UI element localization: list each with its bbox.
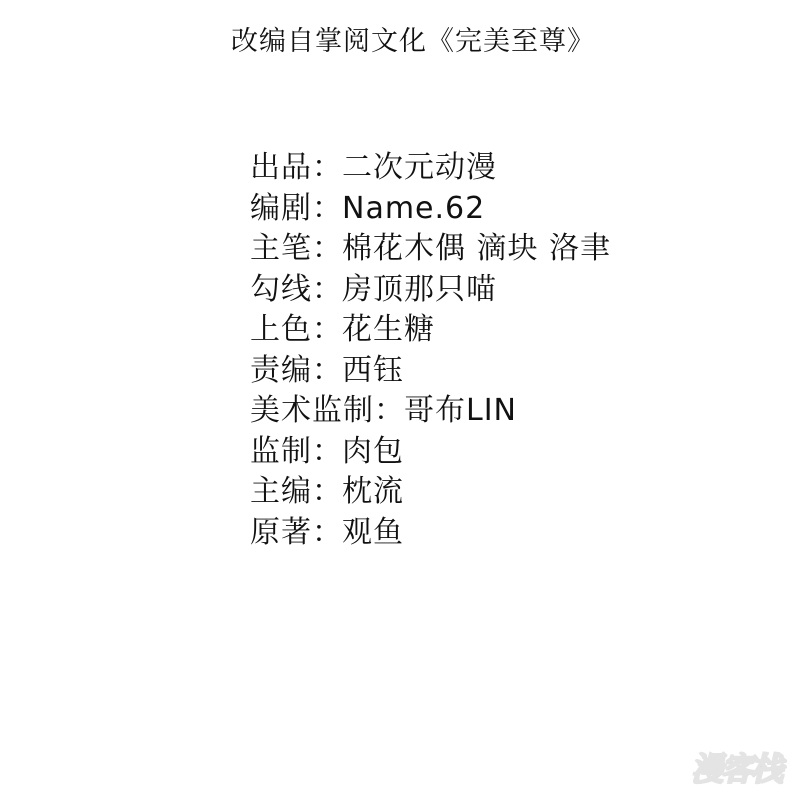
watermark-text: 漫客栈 [691, 744, 781, 790]
credit-label: 出品 [250, 150, 312, 185]
credits-list: 出品：二次元动漫 编剧：Name.62 主笔：棉花木偶 滴块 洛聿 勾线：房顶那… [250, 148, 611, 553]
credit-value: 观鱼 [342, 515, 404, 550]
credit-separator: ： [312, 472, 342, 513]
credit-separator: ： [312, 513, 342, 554]
credit-row-chief-editor: 主编：枕流 [250, 472, 611, 513]
credit-value: 西钰 [342, 353, 404, 388]
page-title: 改编自掌阅文化《完美至尊》 [0, 22, 800, 62]
credit-row-original-author: 原著：观鱼 [250, 513, 611, 554]
credit-separator: ： [312, 189, 342, 230]
credit-label: 原著 [250, 515, 312, 550]
credit-label: 监制 [250, 434, 312, 469]
credit-separator: ： [312, 310, 342, 351]
credit-row-screenwriter: 编剧：Name.62 [250, 189, 611, 230]
credit-value: 花生糖 [342, 312, 435, 347]
credit-row-coloring: 上色：花生糖 [250, 310, 611, 351]
credit-label: 上色 [250, 312, 312, 347]
credit-row-producer: 出品：二次元动漫 [250, 148, 611, 189]
credit-separator: ： [374, 391, 404, 432]
credit-separator: ： [312, 148, 342, 189]
mankezhan-logo-icon: 漫客栈 [680, 748, 792, 786]
credit-separator: ： [312, 270, 342, 311]
credit-value: Name.62 [342, 191, 485, 226]
credit-row-line-art: 勾线：房顶那只喵 [250, 270, 611, 311]
credit-row-supervisor: 监制：肉包 [250, 432, 611, 473]
credit-row-editor: 责编：西钰 [250, 351, 611, 392]
credit-row-lead-artist: 主笔：棉花木偶 滴块 洛聿 [250, 229, 611, 270]
credit-label: 主编 [250, 474, 312, 509]
credit-value: 枕流 [342, 474, 404, 509]
credit-value: 二次元动漫 [342, 150, 497, 185]
credit-row-art-director: 美术监制：哥布LIN [250, 391, 611, 432]
credit-label: 美术监制 [250, 393, 374, 428]
credit-separator: ： [312, 351, 342, 392]
credit-value: 房顶那只喵 [342, 272, 497, 307]
credit-value: 肉包 [342, 434, 404, 469]
credit-value: 棉花木偶 滴块 洛聿 [342, 231, 611, 266]
credit-label: 主笔 [250, 231, 312, 266]
credit-separator: ： [312, 432, 342, 473]
credit-separator: ： [312, 229, 342, 270]
credit-value: 哥布LIN [404, 393, 517, 428]
credit-label: 勾线 [250, 272, 312, 307]
credit-label: 责编 [250, 353, 312, 388]
credit-label: 编剧 [250, 191, 312, 226]
